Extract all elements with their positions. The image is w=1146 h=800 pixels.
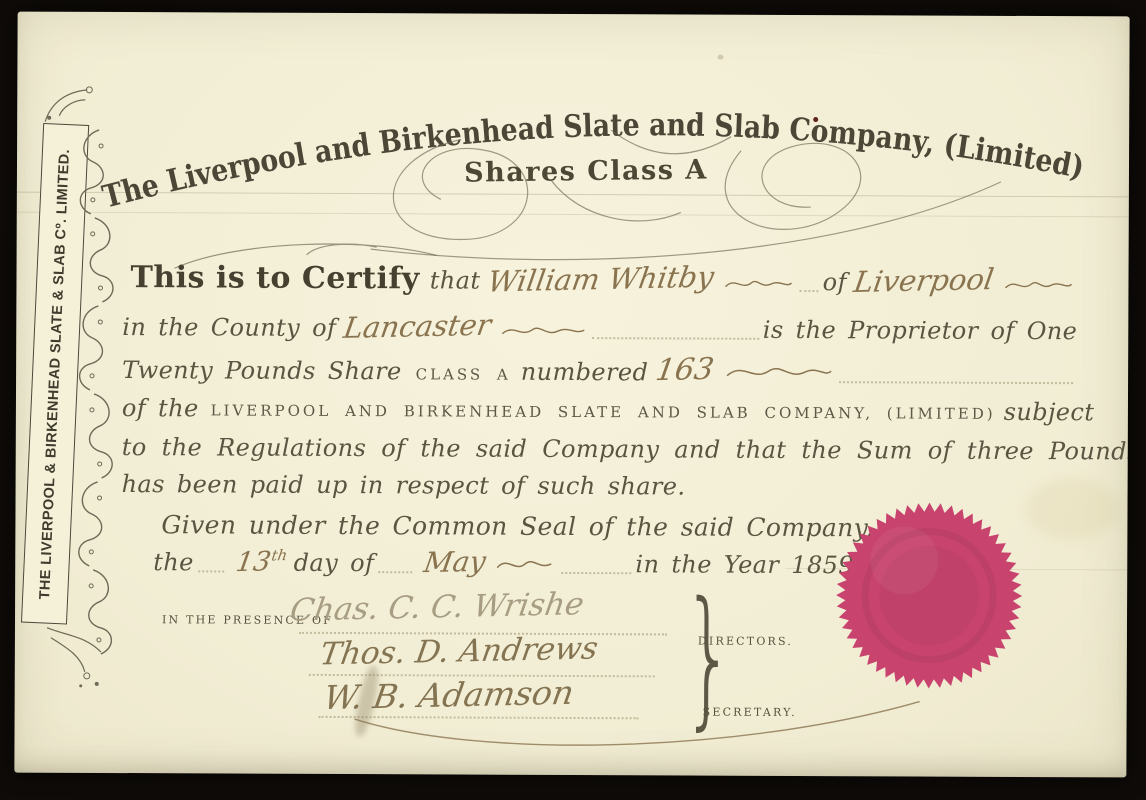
share-prefix: Twenty Pounds Share (122, 355, 402, 386)
dotted-leader (561, 570, 631, 574)
holder-name-handwriting: William Whitby (485, 260, 716, 299)
certify-line-5: to the Regulations of the said Company a… (122, 432, 1130, 466)
day-handwriting: 13th (233, 546, 288, 578)
word-subject: subject (1004, 397, 1095, 427)
regulations-line: to the Regulations of the said Company a… (122, 432, 1130, 466)
seal-highlight (870, 526, 938, 594)
pen-squiggle-icon (501, 322, 587, 340)
class-label: CLASS A (416, 365, 511, 383)
word-of: of (823, 267, 847, 297)
certificate-paper: THE LIVERPOOL & BIRKENHEAD SLATE & SLAB … (14, 12, 1129, 778)
pen-squiggle-icon (495, 555, 555, 575)
pen-squiggle-icon (723, 275, 793, 293)
director-signature-1: Chas. C. C. Wrishe (288, 586, 587, 628)
given-text: Given under the Common Seal of the said … (161, 509, 873, 543)
floral-sprig-icon (37, 622, 117, 692)
directors-label: DIRECTORS. (698, 635, 793, 648)
date-line: the 13th day of May in the Year 1859. (153, 544, 862, 580)
share-number-handwriting: 163 (653, 352, 716, 388)
day-of-label: day of (294, 548, 375, 578)
proprietor-suffix: is the Proprietor of One (763, 315, 1078, 346)
pen-squiggle-icon (1003, 276, 1073, 294)
county-handwriting: Lancaster (341, 308, 493, 345)
certify-line-1: This is to Certify that William Whitby o… (130, 260, 1075, 298)
day-number: 13 (233, 546, 272, 578)
certify-lead: This is to Certify (130, 261, 419, 295)
word-the: the (153, 547, 194, 577)
numbered-label: numbered (521, 357, 649, 388)
city-handwriting: Liverpool (852, 262, 997, 299)
paid-line: has been paid up in respect of such shar… (122, 469, 686, 501)
wax-seal (834, 500, 1025, 691)
day-suffix: th (270, 546, 288, 564)
photo-background: THE LIVERPOOL & BIRKENHEAD SLATE & SLAB … (0, 0, 1146, 800)
side-banner-text: THE LIVERPOOL & BIRKENHEAD SLATE & SLAB … (37, 148, 73, 599)
dotted-leader (378, 569, 412, 573)
dotted-leader (198, 568, 224, 572)
dotted-leader (593, 335, 759, 340)
word-that: that (430, 265, 481, 295)
dotted-leader (840, 379, 1074, 384)
pen-flourish-icon (334, 689, 934, 762)
dotted-leader (799, 288, 818, 292)
given-line: Given under the Common Seal of the said … (161, 509, 873, 543)
month-handwriting: May (422, 545, 489, 579)
of-the: of the (122, 393, 199, 423)
foxing-spot (717, 55, 723, 60)
pen-squiggle-icon (724, 362, 834, 384)
stain (1025, 478, 1120, 540)
certify-line-3: Twenty Pounds Share CLASS A numbered 163 (122, 350, 1077, 389)
company-caps: LIVERPOOL AND BIRKENHEAD SLATE AND SLAB … (211, 401, 996, 422)
share-class-subtitle: Shares Class A (421, 154, 751, 189)
certify-line-2: in the County of Lancaster is the Propri… (122, 308, 1077, 346)
year-line: in the Year 1859. (635, 549, 862, 580)
director-signature-2: Thos. D. Andrews (317, 631, 600, 673)
county-prefix: in the County of (122, 312, 336, 343)
certify-line-6: has been paid up in respect of such shar… (122, 469, 686, 501)
certify-line-4: of the LIVERPOOL AND BIRKENHEAD SLATE AN… (122, 393, 1077, 427)
